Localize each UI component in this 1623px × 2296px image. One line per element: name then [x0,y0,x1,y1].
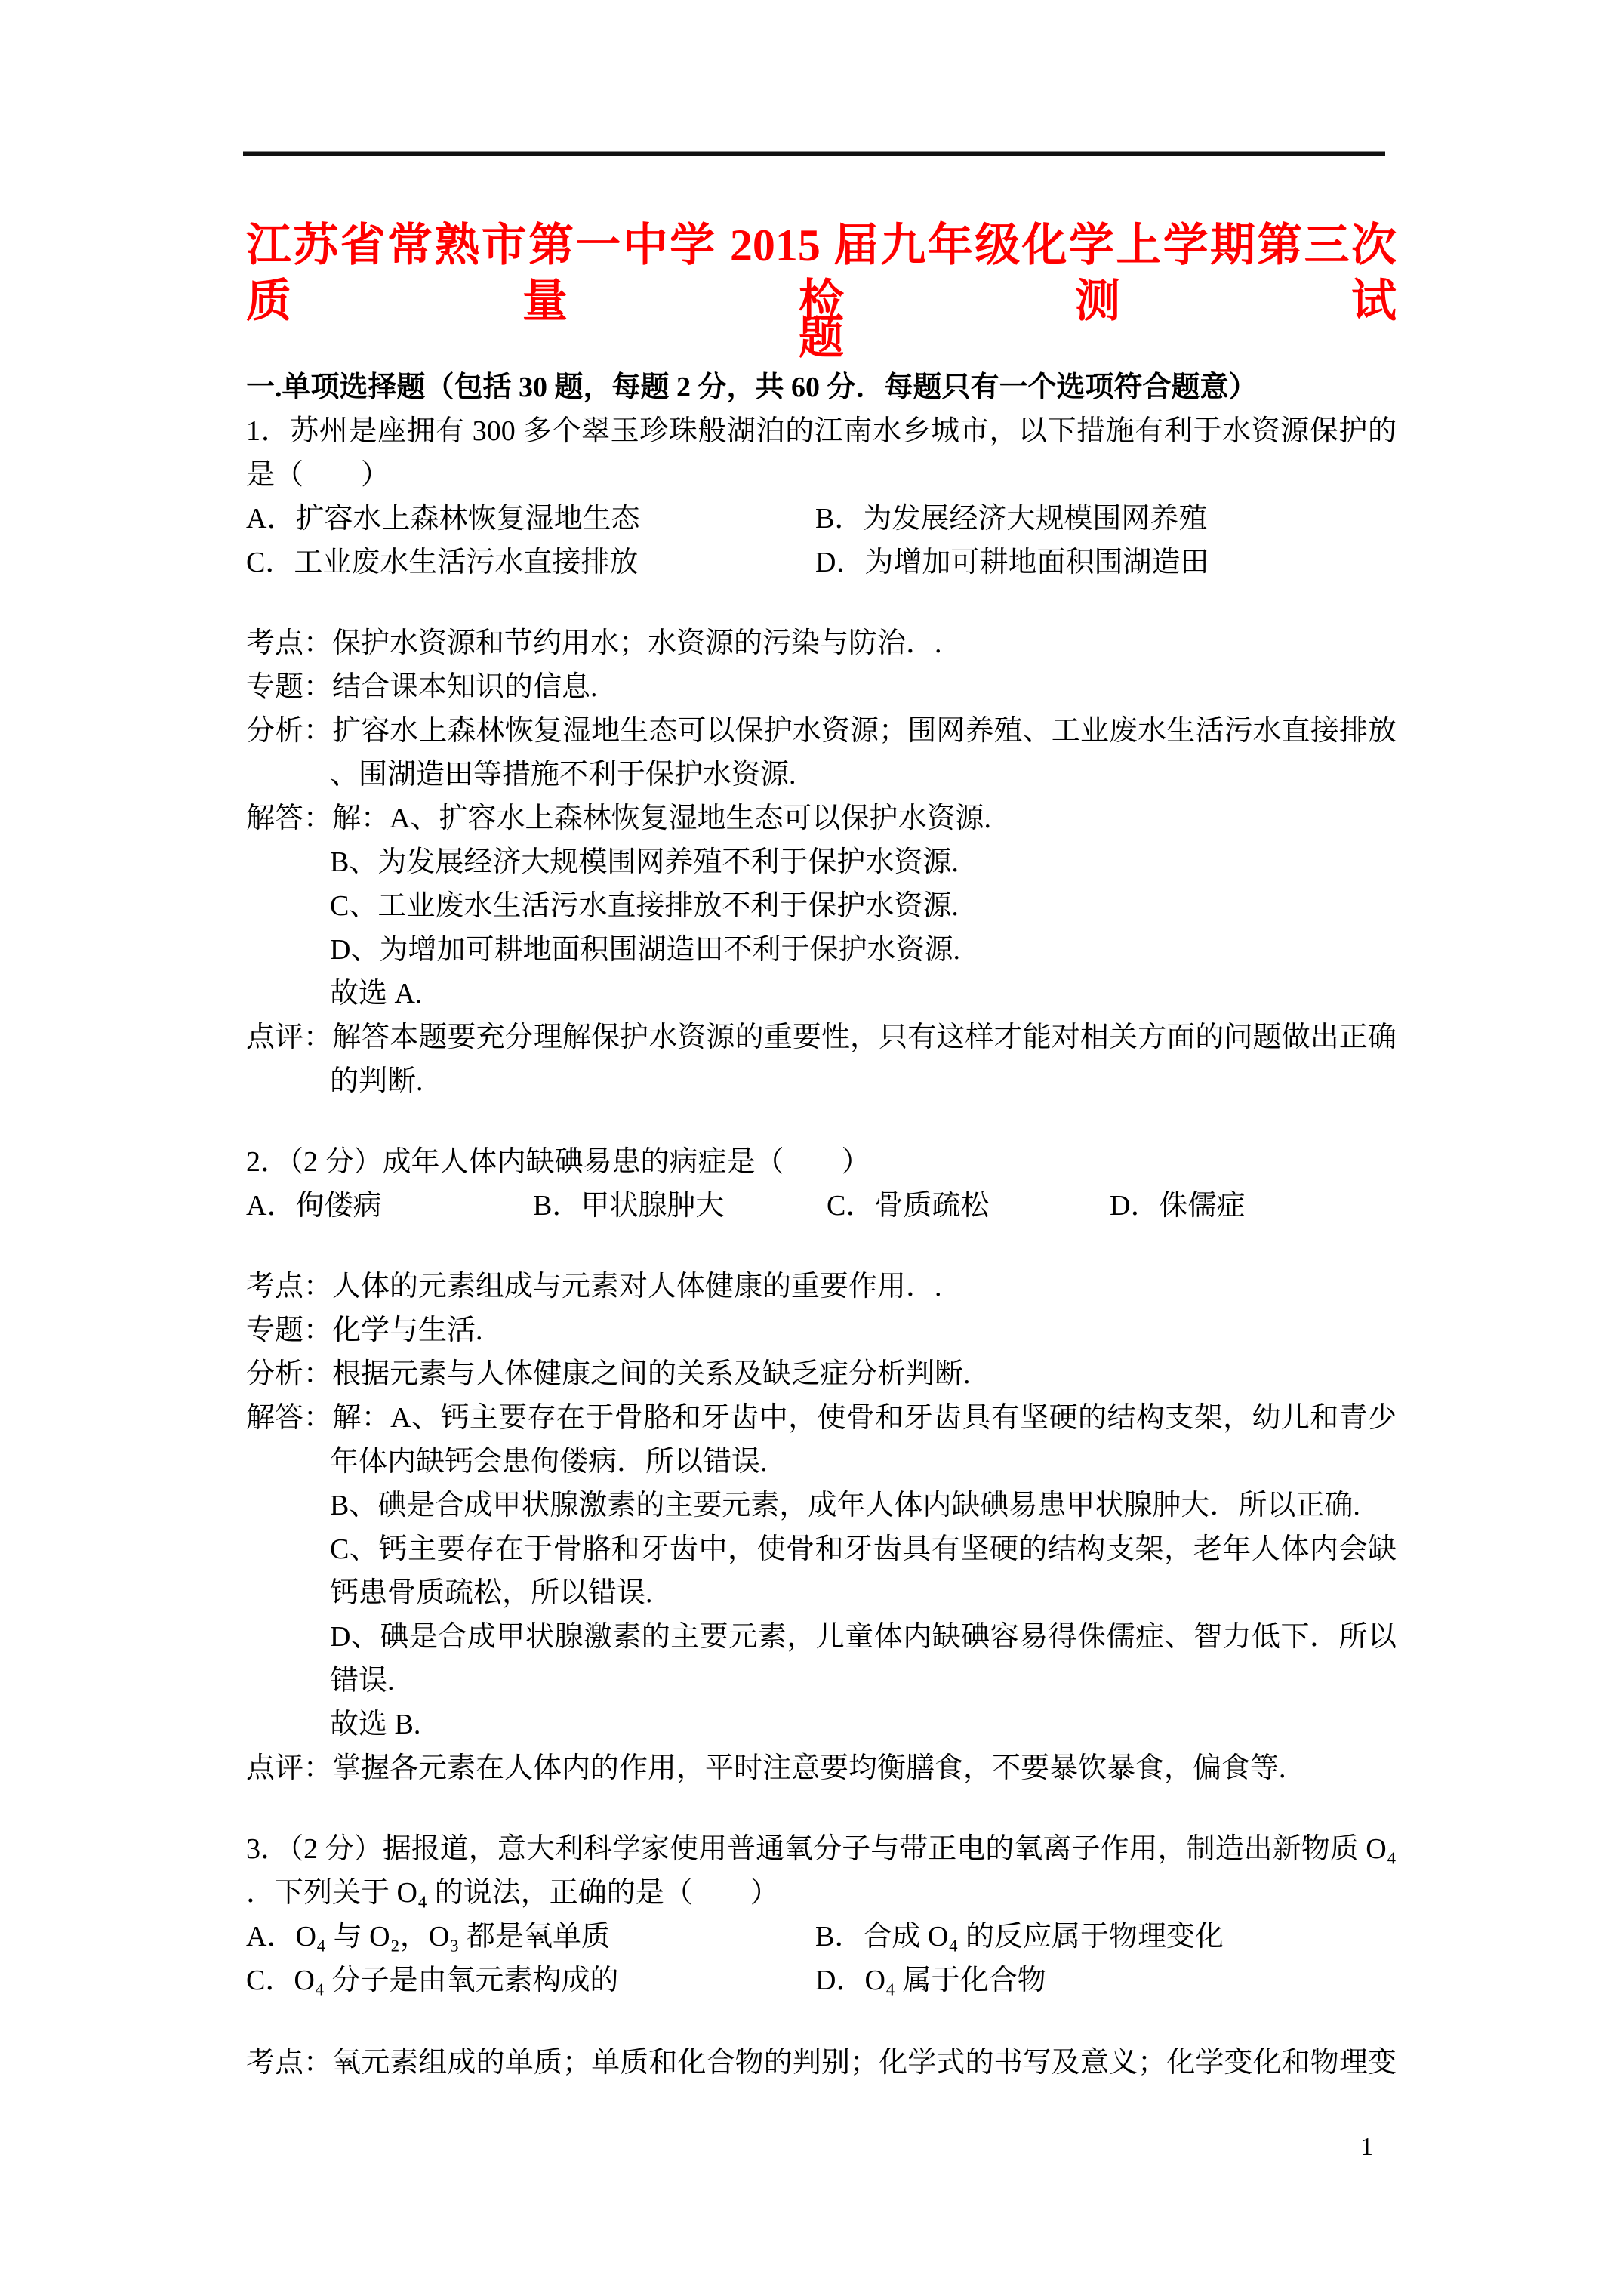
header-rule [243,151,1385,156]
q1-dianping-line-2: 的判断. [330,1062,423,1101]
q3-kaodian-label: 考点： [246,2043,332,2082]
q1-dianping-text: 解答本题要充分理解保护水资源的重要性，只有这样才能对相关方面的问题做出正确 [332,1022,1397,1053]
q2-dianping-line: 点评：掌握各元素在人体内的作用，平时注意要均衡膳食，不要暴饮暴食，偏食等. [246,1749,1286,1788]
q2-stem: 2．（2 分）成年人体内缺碘易患的病症是（ ） [246,1142,870,1182]
q2-jieda-line-1: 解答：解：A、钙主要存在于骨胳和牙齿中，使骨和牙齿具有坚硬的结构支架，幼儿和青少 [246,1398,1397,1438]
q1-option-b: B．为发展经济大规模围网养殖 [815,499,1207,538]
q2-jieda-line-5: 钙患骨质疏松，所以错误. [330,1573,653,1613]
q3-option-b: B．合成 O₄ 的反应属于物理变化 [815,1917,1224,1956]
q3-option-a: A．O₄ 与 O₂，O₃ 都是氧单质 [246,1917,610,1956]
q2-fenxi-label: 分析： [246,1354,332,1394]
q3-kaodian-line: 考点：氧元素组成的单质；单质和化合物的判别；化学式的书写及意义；化学变化和物理变 [246,2043,1397,2082]
q1-stem-line-1: 1．苏州是座拥有 300 多个翠玉珍珠般湖泊的江南水乡城市，以下措施有利于水资源… [246,411,1397,451]
q1-zhuanti-text: 结合课本知识的信息. [332,671,598,703]
q2-jieda-line-4: C、钙主要存在于骨胳和牙齿中，使骨和牙齿具有坚硬的结构支架，老年人体内会缺 [330,1530,1397,1569]
q1-option-c: C．工业废水生活污水直接排放 [246,543,638,582]
q2-option-c: C．骨质疏松 [827,1186,989,1225]
q2-zhuanti-text: 化学与生活. [332,1314,483,1346]
page-number: 1 [1360,2132,1373,2162]
section-heading: 一.单项选择题（包括 30 题，每题 2 分，共 60 分．每题只有一个选项符合… [246,368,1258,407]
q1-fenxi-text: 扩容水上森林恢复湿地生态可以保护水资源；围网养殖、工业废水生活污水直接排放 [332,715,1397,747]
q3-option-d: D．O₄ 属于化合物 [815,1961,1046,2000]
q2-jieda-text: 解：A、钙主要存在于骨胳和牙齿中，使骨和牙齿具有坚硬的结构支架，幼儿和青少 [332,1402,1397,1434]
q3-kaodian-text: 氧元素组成的单质；单质和化合物的判别；化学式的书写及意义；化学变化和物理变 [332,2047,1397,2079]
q1-jieda-line-5: 故选 A. [330,974,422,1013]
q2-jieda-label: 解答： [246,1398,332,1438]
q1-zhuanti-line: 专题：结合课本知识的信息. [246,667,598,707]
q2-dianping-text: 掌握各元素在人体内的作用，平时注意要均衡膳食，不要暴饮暴食，偏食等. [332,1752,1286,1784]
q2-zhuanti-label: 专题： [246,1311,332,1350]
q1-dianping-label: 点评： [246,1018,332,1057]
q2-fenxi-line: 分析：根据元素与人体健康之间的关系及缺乏症分析判断. [246,1354,971,1394]
q2-jieda-line-6: D、碘是合成甲状腺激素的主要元素，儿童体内缺碘容易得侏儒症、智力低下．所以 [330,1617,1397,1657]
q2-fenxi-text: 根据元素与人体健康之间的关系及缺乏症分析判断. [332,1358,971,1390]
q1-fenxi-label: 分析： [246,711,332,750]
q3-option-c: C．O₄ 分子是由氧元素构成的 [246,1961,619,2000]
q1-jieda-line-4: D、为增加可耕地面积围湖造田不利于保护水资源. [330,930,960,969]
q2-option-d: D．侏儒症 [1110,1186,1245,1225]
q1-dianping-line-1: 点评：解答本题要充分理解保护水资源的重要性，只有这样才能对相关方面的问题做出正确 [246,1018,1397,1057]
q1-jieda-line-1: 解答：解：A、扩容水上森林恢复湿地生态可以保护水资源. [246,799,991,838]
q2-kaodian-label: 考点： [246,1267,332,1306]
q3-stem-line-1: 3．（2 分）据报道，意大利科学家使用普通氧分子与带正电的氧离子作用，制造出新物… [246,1829,1397,1869]
q2-jieda-line-2: 年体内缺钙会患佝偻病．所以错误. [330,1442,768,1481]
q1-jieda-label: 解答： [246,799,332,838]
q1-kaodian-line: 考点：保护水资源和节约用水；水资源的污染与防治．. [246,624,942,663]
q1-stem-line-2: 是（ ） [246,455,390,495]
q1-jieda-text: 解：A、扩容水上森林恢复湿地生态可以保护水资源. [332,803,991,834]
q1-fenxi-line-1: 分析：扩容水上森林恢复湿地生态可以保护水资源；围网养殖、工业废水生活污水直接排放 [246,711,1397,750]
q1-option-d: D．为增加可耕地面积围湖造田 [815,543,1209,582]
document-page: 江苏省常熟市第一中学 2015 届九年级化学上学期第三次质量检测试 题 一.单项… [0,0,1623,2296]
q2-jieda-line-8: 故选 B. [330,1705,420,1744]
q1-fenxi-line-2: 、围湖造田等措施不利于保护水资源. [330,755,796,794]
q2-jieda-line-7: 错误. [330,1661,395,1700]
q2-jieda-line-3: B、碘是合成甲状腺激素的主要元素，成年人体内缺碘易患甲状腺肿大．所以正确. [330,1486,1360,1525]
title-line-2: 题 [246,310,1397,366]
q2-option-a: A．佝偻病 [246,1186,381,1225]
q1-jieda-line-3: C、工业废水生活污水直接排放不利于保护水资源. [330,886,959,926]
q2-option-b: B．甲状腺肿大 [533,1186,724,1225]
q1-kaodian-text: 保护水资源和节约用水；水资源的污染与防治．. [332,627,942,659]
q2-kaodian-line: 考点：人体的元素组成与元素对人体健康的重要作用．. [246,1267,942,1306]
q3-stem-line-2: ．下列关于 O₄ 的说法，正确的是（ ） [246,1873,779,1912]
q2-dianping-label: 点评： [246,1749,332,1788]
q2-zhuanti-line: 专题：化学与生活. [246,1311,483,1350]
q1-kaodian-label: 考点： [246,624,332,663]
q1-zhuanti-label: 专题： [246,667,332,707]
q2-kaodian-text: 人体的元素组成与元素对人体健康的重要作用．. [332,1271,942,1302]
q1-jieda-line-2: B、为发展经济大规模围网养殖不利于保护水资源. [330,843,959,882]
q1-option-a: A．扩容水上森林恢复湿地生态 [246,499,639,538]
